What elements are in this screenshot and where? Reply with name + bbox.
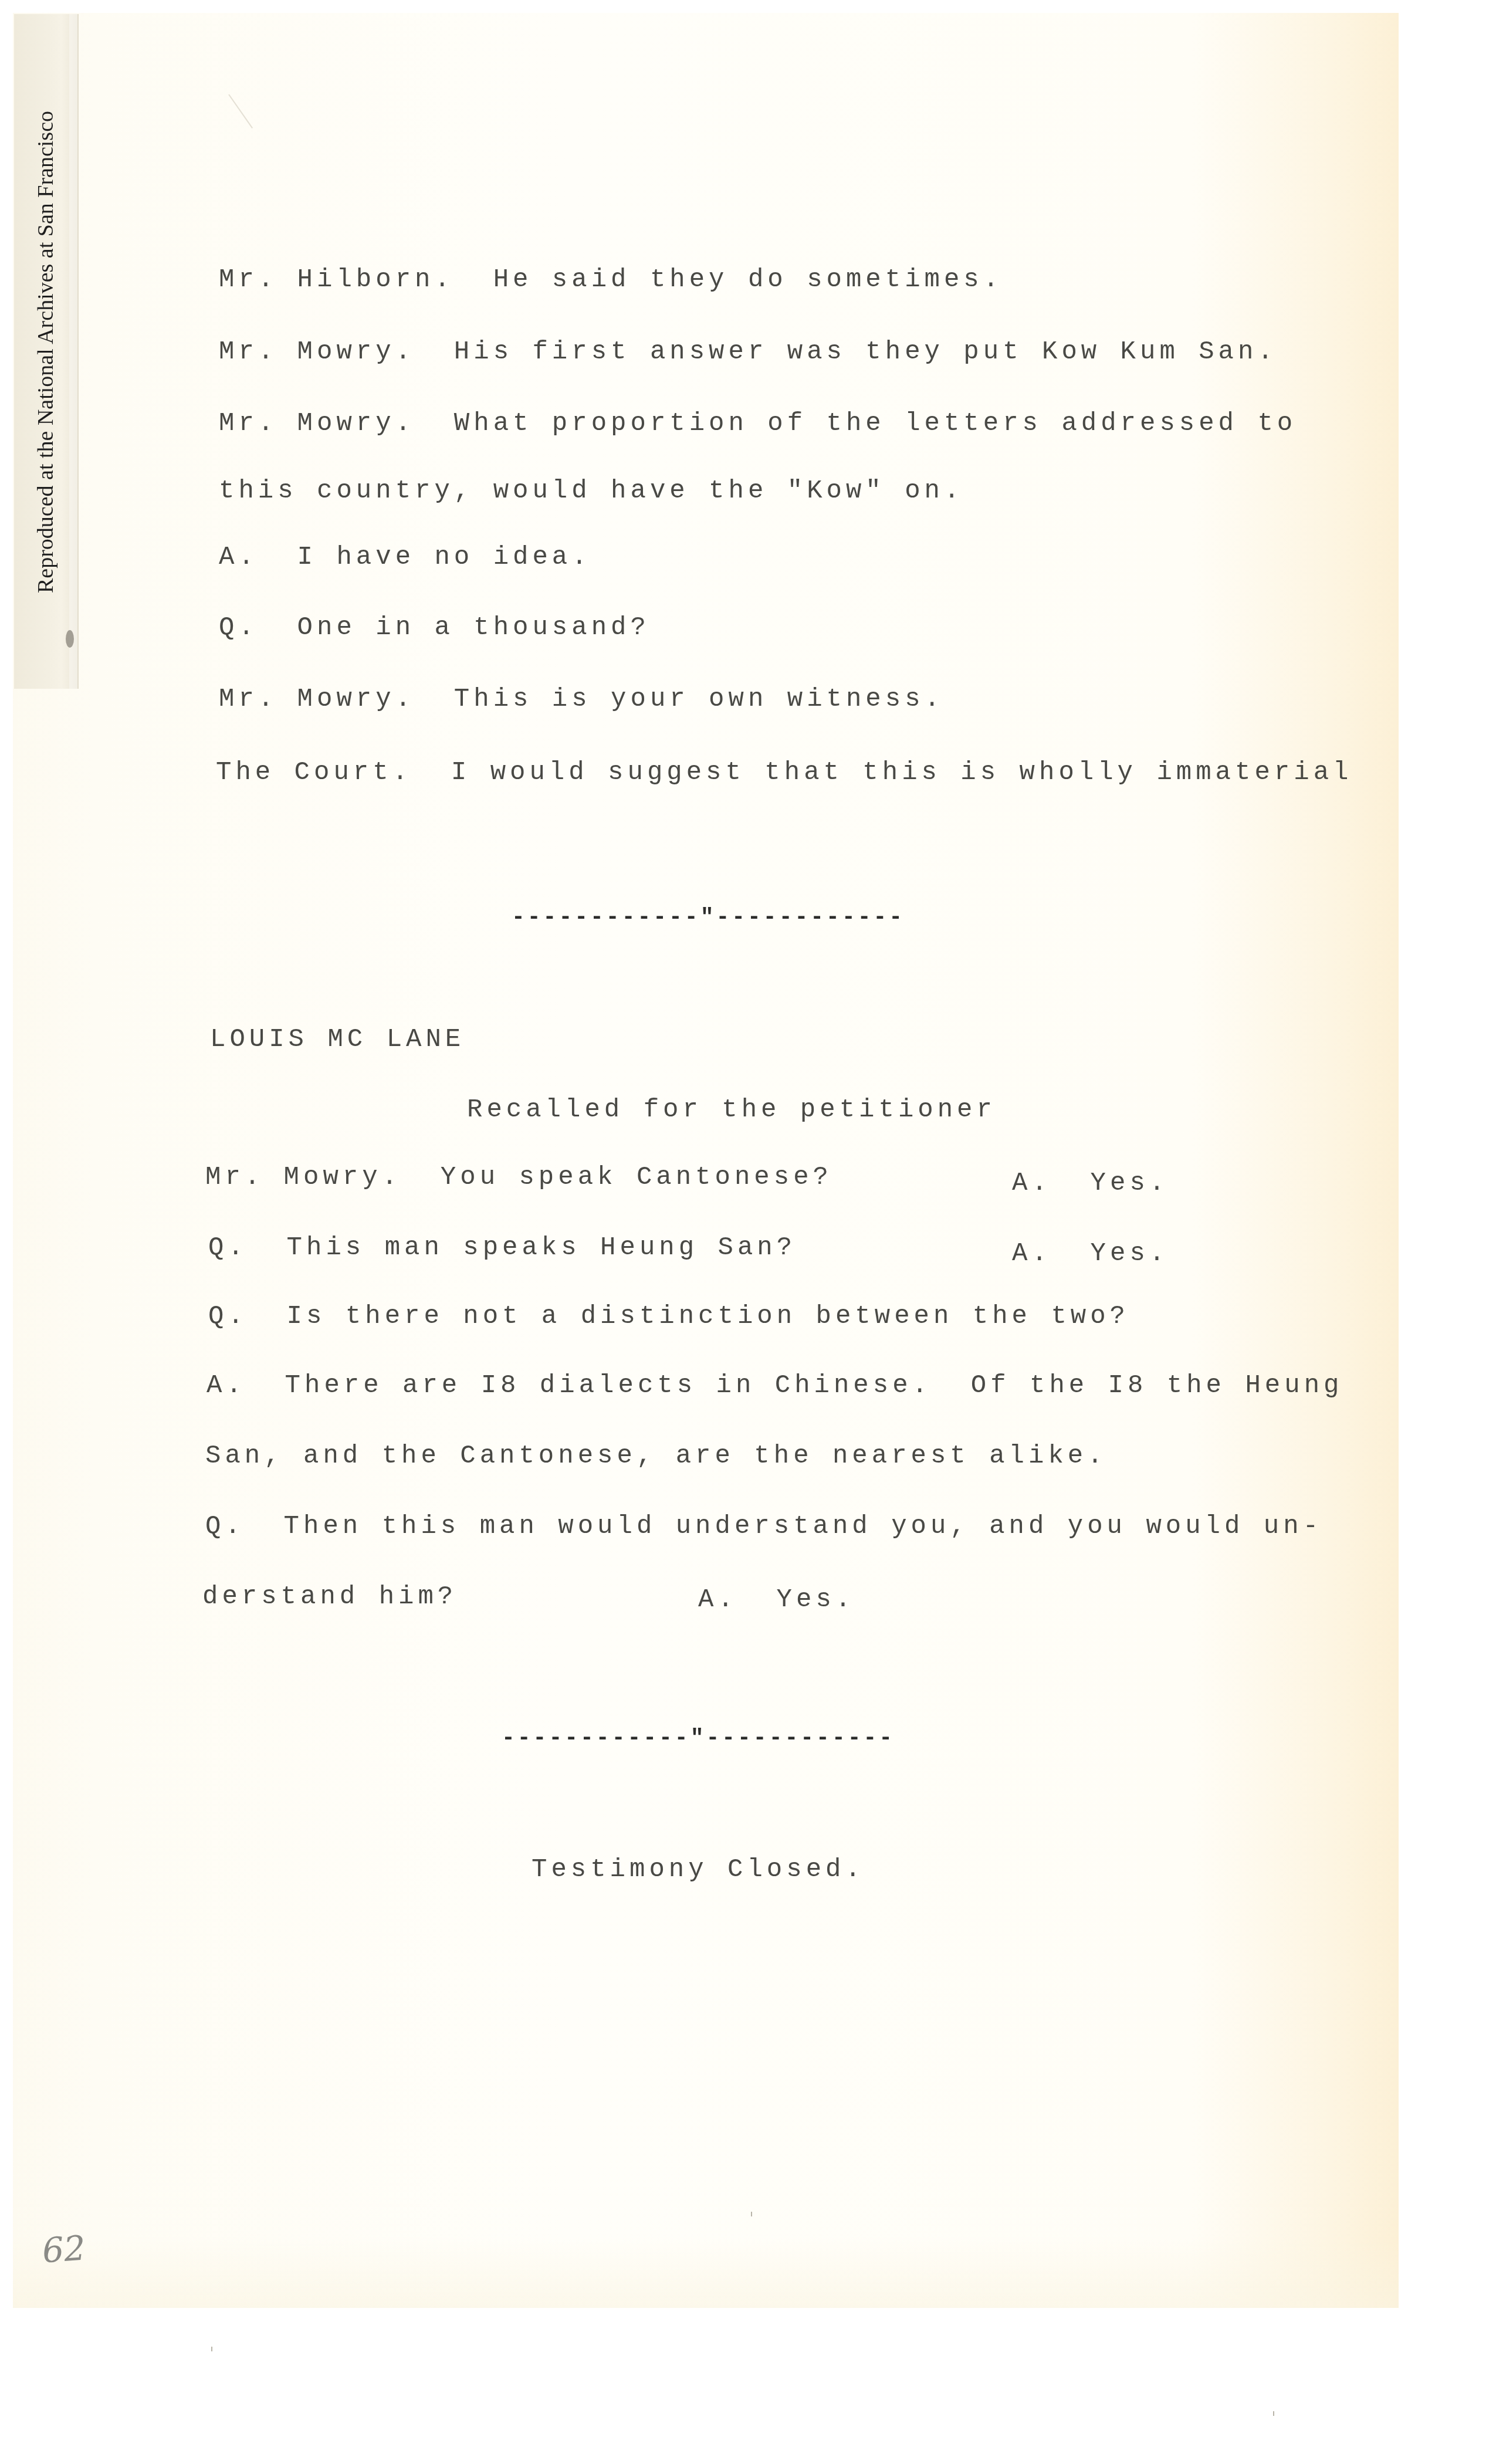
qa-answer: A. Yes. xyxy=(1012,1241,1169,1267)
scan-speck xyxy=(751,2212,752,2216)
testimony-closed: Testimony Closed. xyxy=(532,1857,865,1883)
scan-speck xyxy=(1273,2411,1274,2416)
transcript-line: Mr. Mowry. This is your own witness. xyxy=(219,686,944,712)
transcript-line: this country, would have the "Kow" on. xyxy=(219,478,963,504)
transcript-line: A. I have no idea. xyxy=(219,544,591,570)
qa-answer: A. Yes. xyxy=(698,1587,855,1613)
qa-question: Q. This man speaks Heung San? xyxy=(208,1235,796,1261)
qa-answer-line: San, and the Cantonese, are the nearest … xyxy=(205,1443,1107,1469)
section-separator: ------------"------------ xyxy=(512,907,905,929)
transcript-line: Mr. Hilborn. He said they do sometimes. xyxy=(219,267,1003,293)
qa-answer: A. Yes. xyxy=(1012,1170,1169,1196)
section-separator: ------------"------------ xyxy=(502,1728,895,1750)
qa-question: Q. Is there not a distinction between th… xyxy=(208,1304,1129,1329)
transcript-line: Q. One in a thousand? xyxy=(219,615,650,641)
qa-question: derstand him? xyxy=(202,1584,457,1610)
handwritten-page-number: 62 xyxy=(41,2228,87,2271)
transcript-line: Mr. Mowry. What proportion of the letter… xyxy=(219,411,1297,436)
qa-answer-line: A. There are I8 dialects in Chinese. Of … xyxy=(207,1373,1343,1399)
transcript-line: The Court. I would suggest that this is … xyxy=(216,760,1352,786)
witness-note: Recalled for the petitioner xyxy=(467,1097,996,1123)
scan-speck xyxy=(211,2347,212,2351)
qa-question: Mr. Mowry. You speak Cantonese? xyxy=(205,1165,832,1190)
witness-name: LOUIS MC LANE xyxy=(210,1027,465,1052)
transcript-line: Mr. Mowry. His first answer was they put… xyxy=(219,339,1277,365)
qa-question: Q. Then this man would understand you, a… xyxy=(205,1514,1322,1539)
archive-stamp: Reproduced at the National Archives at S… xyxy=(33,111,59,593)
page-edge-shading xyxy=(13,2238,1399,2308)
